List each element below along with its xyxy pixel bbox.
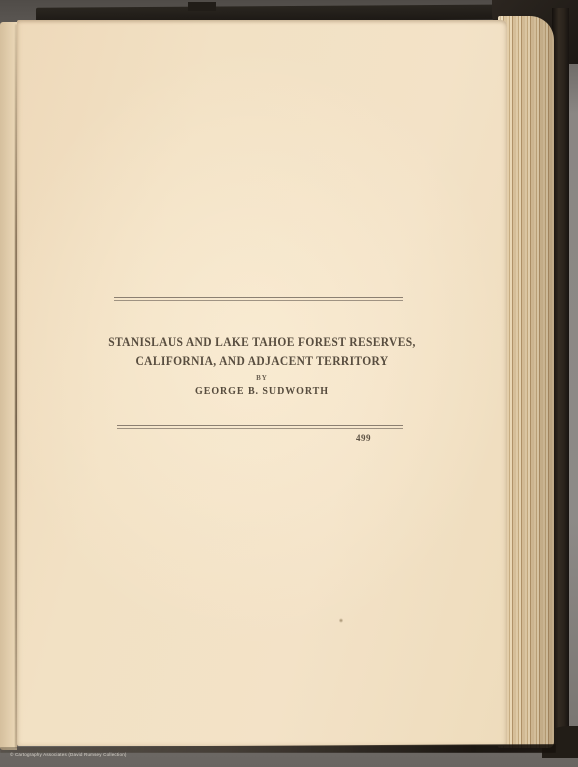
double-rule-bottom bbox=[117, 425, 403, 429]
book-page: STANISLAUS AND LAKE TAHOE FOREST RESERVE… bbox=[17, 20, 507, 746]
book-cover-top-bump bbox=[188, 2, 216, 11]
title-line-2: CALIFORNIA, AND ADJACENT TERRITORY bbox=[37, 354, 488, 369]
book-cover-right-board bbox=[552, 8, 569, 756]
copyright-watermark: © Cartography Associates (David Rumsey C… bbox=[10, 752, 127, 757]
author-name: GEORGE B. SUDWORTH bbox=[29, 386, 495, 397]
double-rule-top bbox=[114, 297, 403, 301]
paper-blemish-spot bbox=[339, 618, 343, 623]
scanned-book-photo: STANISLAUS AND LAKE TAHOE FOREST RESERVE… bbox=[0, 0, 578, 767]
title-line-1: STANISLAUS AND LAKE TAHOE FOREST RESERVE… bbox=[37, 335, 488, 350]
page-number: 499 bbox=[356, 433, 371, 443]
byline-label: BY bbox=[17, 374, 507, 382]
